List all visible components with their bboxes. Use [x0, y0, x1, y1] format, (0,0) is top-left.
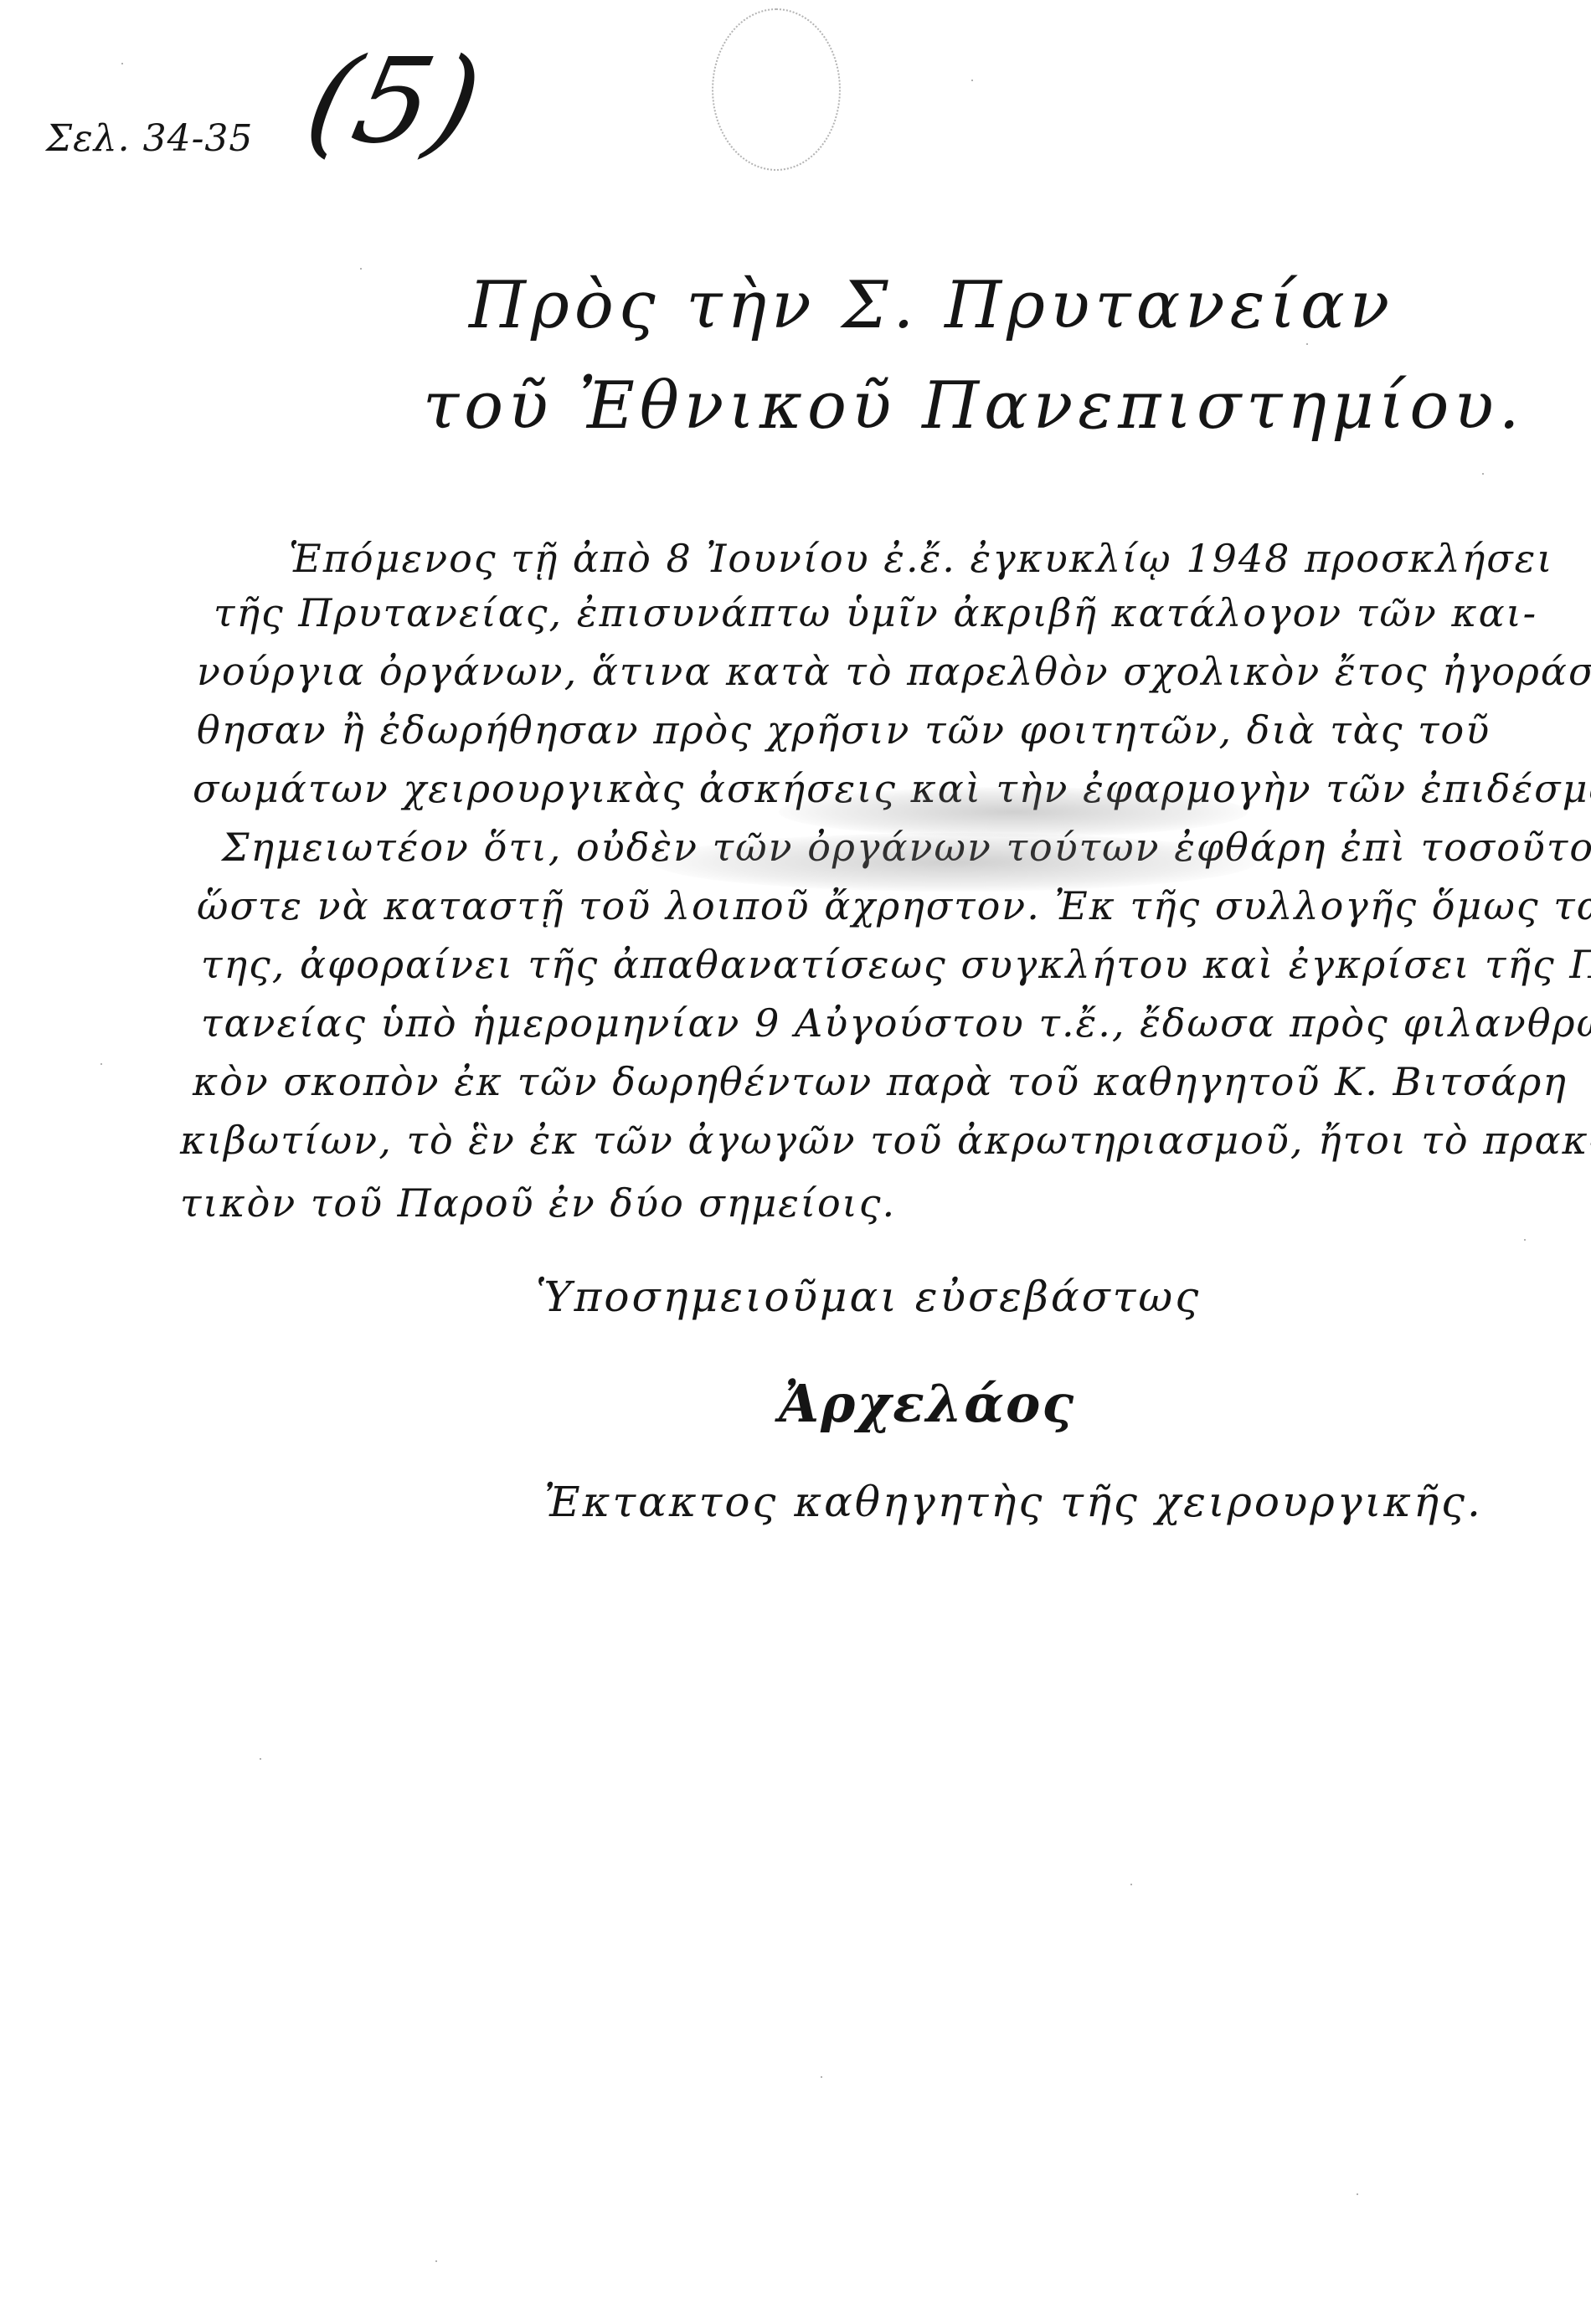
scan-speck — [100, 1063, 102, 1065]
body-line: ὥστε νὰ καταστῇ τοῦ λοιποῦ ἄχρηστον. Ἐκ … — [197, 883, 1591, 928]
body-line: κιβωτίων, τὸ ἓν ἐκ τῶν ἀγωγῶν τοῦ ἀκρωτη… — [180, 1118, 1591, 1163]
scan-speck — [971, 80, 973, 81]
bleed-through-mark — [712, 8, 841, 171]
page-number: (5) — [296, 33, 493, 170]
body-line: θησαν ἢ ἐδωρήθησαν πρὸς χρῆσιν τῶν φοιτη… — [197, 707, 1491, 753]
scan-speck — [1524, 1239, 1526, 1241]
body-line: Ἑπόμενος τῇ ἀπὸ 8 Ἰουνίου ἐ.ἔ. ἐγκυκλίῳ … — [289, 536, 1553, 581]
scan-speck — [1357, 2193, 1358, 2195]
closing-salutation: Ὑποσημειοῦμαι εὐσεβάστως — [536, 1273, 1201, 1321]
scan-speck — [1130, 1884, 1132, 1885]
body-line: τανείας ὑπὸ ἡμερομηνίαν 9 Αὐγούστου τ.ἔ.… — [201, 1000, 1591, 1046]
reference-note: Σελ. 34-35 — [46, 117, 253, 160]
scan-speck — [1306, 343, 1308, 345]
body-line: τῆς Πρυτανείας, ἐπισυνάπτω ὑμῖν ἀκριβῆ κ… — [214, 590, 1537, 635]
signature: Ἀρχελάος — [779, 1373, 1075, 1434]
scan-speck — [260, 1758, 261, 1760]
body-line: κὸν σκοπὸν ἐκ τῶν δωρηθέντων παρὰ τοῦ κα… — [193, 1059, 1568, 1104]
signer-title: Ἐκτακτος καθηγητὴς τῆς χειρουργικῆς. — [544, 1478, 1483, 1526]
address-line-1: Πρὸς τὴν Σ. Πρυτανείαν — [469, 268, 1394, 343]
body-line: νούργια ὀργάνων, ἅτινα κατὰ τὸ παρελθὸν … — [197, 649, 1591, 694]
scan-speck — [121, 63, 123, 64]
scan-speck — [360, 268, 362, 270]
body-line: τικὸν τοῦ Παροῦ ἐν δύο σημείοις. — [180, 1180, 896, 1226]
body-line: Σημειωτέον ὅτι, οὐδὲν τῶν ὀργάνων τούτων… — [222, 825, 1591, 870]
body-line: σωμάτων χειρουργικὰς ἀσκήσεις καὶ τὴν ἐφ… — [193, 766, 1591, 811]
address-line-2: τοῦ Ἐθνικοῦ Πανεπιστημίου. — [423, 368, 1525, 444]
body-line: της, ἀφοραίνει τῆς ἀπαθανατίσεως συγκλήτ… — [201, 942, 1591, 987]
scan-speck — [1482, 473, 1484, 475]
scanned-letter-page: Σελ. 34-35 (5) Πρὸς τὴν Σ. Πρυτανείαν το… — [0, 0, 1591, 2324]
scan-speck — [821, 2076, 822, 2078]
scan-speck — [435, 2260, 437, 2262]
